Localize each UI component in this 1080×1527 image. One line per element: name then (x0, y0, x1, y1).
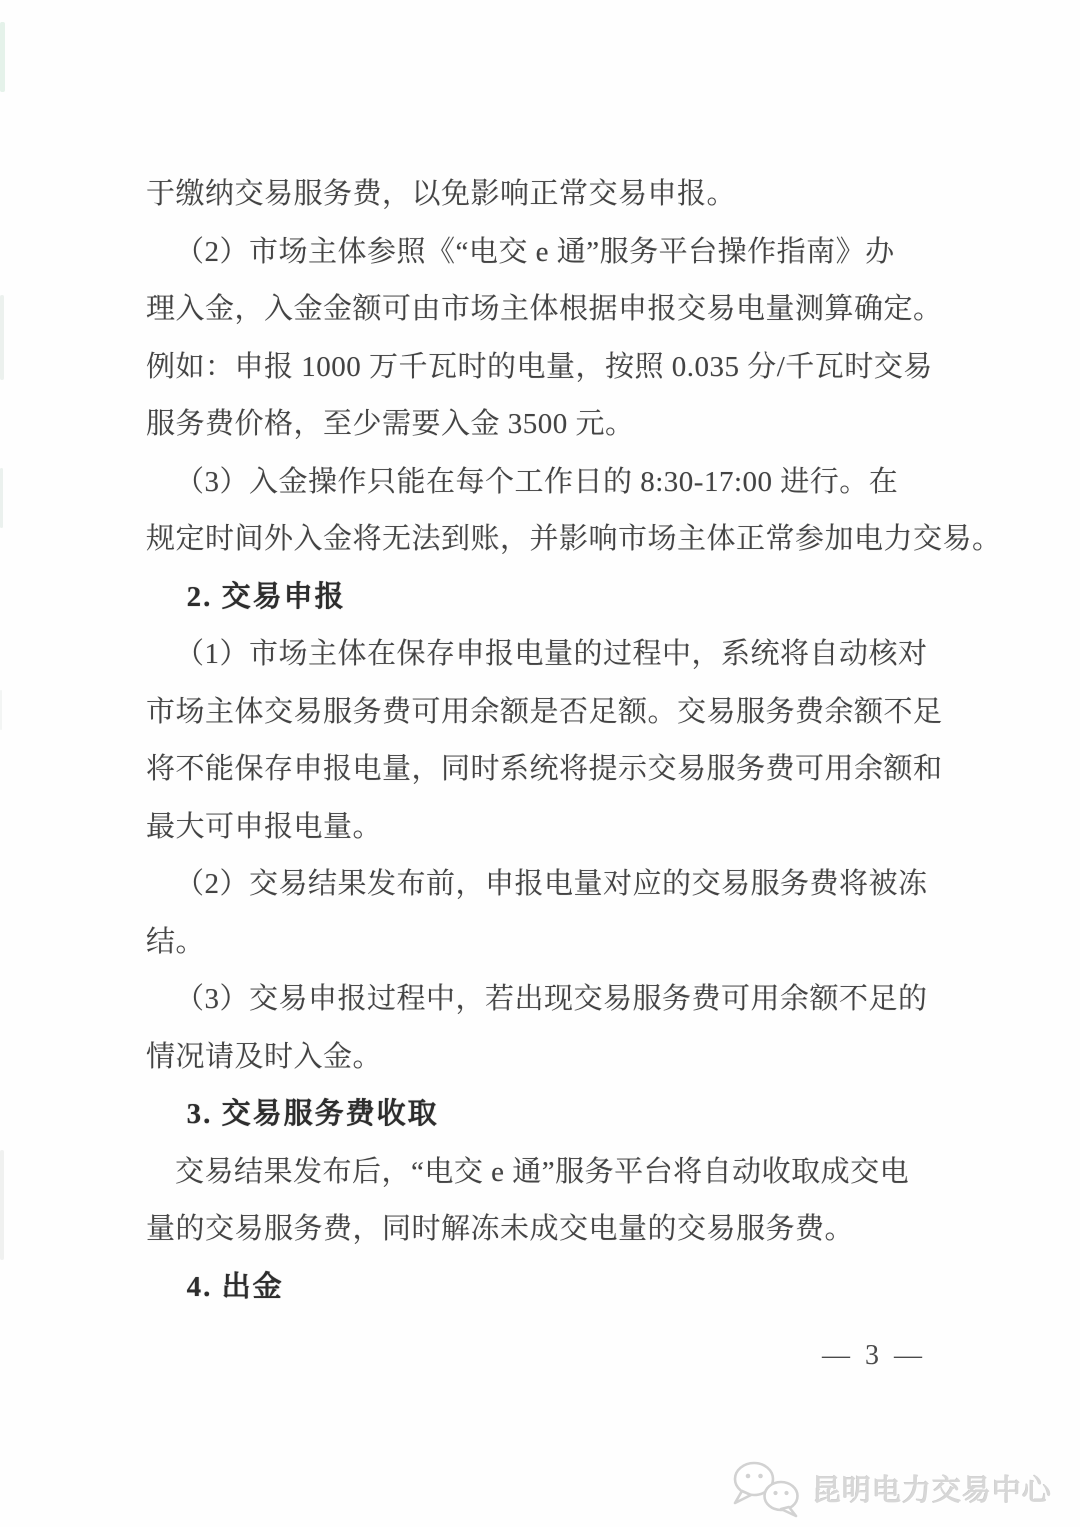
scan-edge-artifact (0, 468, 3, 528)
text-line: （1）市场主体在保存申报电量的过程中，系统将自动核对 (146, 626, 1006, 684)
section-heading: 3. 交易服务费收取 (146, 1086, 1006, 1144)
scan-edge-artifact (0, 295, 4, 380)
scan-edge-artifact (0, 690, 2, 730)
scan-edge-artifact (0, 22, 5, 92)
wechat-icon (728, 1458, 802, 1518)
text-line: 最大可申报电量。 (146, 799, 1006, 857)
text-line: 结。 (146, 914, 1006, 972)
text-line: （2）交易结果发布前，申报电量对应的交易服务费将被冻 (146, 856, 1006, 914)
text-line: 将不能保存申报电量，同时系统将提示交易服务费可用余额和 (146, 741, 1006, 799)
document-body: 于缴纳交易服务费，以免影响正常交易申报。（2）市场主体参照《“电交 e 通”服务… (146, 166, 1006, 1316)
text-line: 规定时间外入金将无法到账，并影响市场主体正常参加电力交易。 (146, 511, 1006, 569)
text-line: 服务费价格，至少需要入金 3500 元。 (146, 396, 1006, 454)
page-number: — 3 — (822, 1340, 926, 1372)
text-line: 市场主体交易服务费可用余额是否足额。交易服务费余额不足 (146, 684, 1006, 742)
section-heading: 4. 出金 (146, 1259, 1006, 1317)
scan-edge-artifact (0, 1150, 4, 1260)
text-line: 交易结果发布后，“电交 e 通”服务平台将自动收取成交电 (146, 1144, 1006, 1202)
text-line: （2）市场主体参照《“电交 e 通”服务平台操作指南》办 (146, 224, 1006, 282)
section-heading: 2. 交易申报 (146, 569, 1006, 627)
text-line: 于缴纳交易服务费，以免影响正常交易申报。 (146, 166, 1006, 224)
text-line: （3）入金操作只能在每个工作日的 8:30-17:00 进行。在 (146, 454, 1006, 512)
text-line: 情况请及时入金。 (146, 1029, 1006, 1087)
text-line: 理入金，入金金额可由市场主体根据申报交易电量测算确定。 (146, 281, 1006, 339)
text-line: 例如：申报 1000 万千瓦时的电量，按照 0.035 分/千瓦时交易 (146, 339, 1006, 397)
text-line: （3）交易申报过程中，若出现交易服务费可用余额不足的 (146, 971, 1006, 1029)
text-line: 量的交易服务费，同时解冻未成交电量的交易服务费。 (146, 1201, 1006, 1259)
footer-watermark: 昆明电力交易中心 (728, 1458, 1052, 1518)
document-page: 于缴纳交易服务费，以免影响正常交易申报。（2）市场主体参照《“电交 e 通”服务… (0, 0, 1080, 1527)
footer-brand-text: 昆明电力交易中心 (812, 1468, 1052, 1509)
